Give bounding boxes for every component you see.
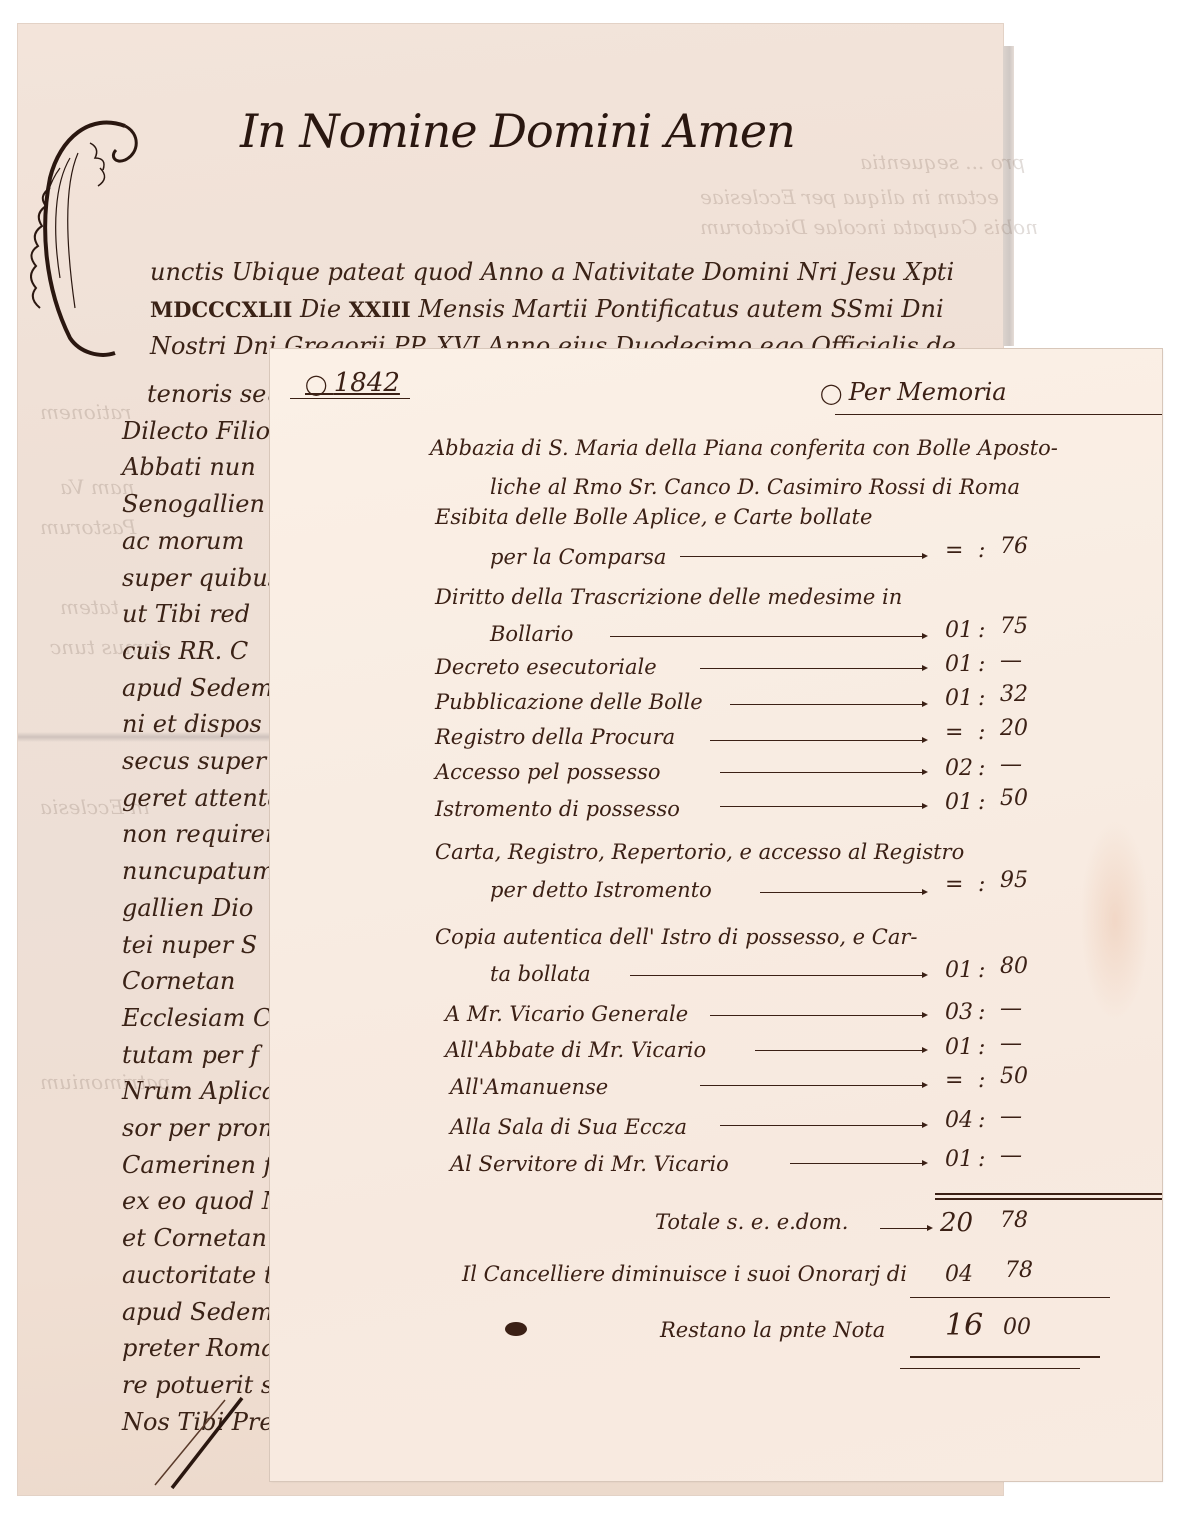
ink-blot <box>505 1322 527 1336</box>
amount-separator: : <box>978 1108 985 1133</box>
amount-scudi: 01 <box>945 686 973 711</box>
amount-scudi: = <box>945 720 963 745</box>
latin-text-line: tutam per f <box>122 1041 259 1069</box>
paper-stain <box>1080 820 1150 1020</box>
latin-text-line: sor per prom <box>122 1114 281 1142</box>
heading-underline <box>835 414 1162 415</box>
amount-baiocchi: 76 <box>1000 534 1028 559</box>
amount-scudi: 03 <box>945 1000 973 1025</box>
latin-text-line: non requiren <box>122 820 280 848</box>
sheet-folded-edge <box>1003 46 1014 346</box>
amount-separator: : <box>978 1147 985 1172</box>
amount-scudi: = <box>945 872 963 897</box>
memo-item-description: Pubblicazione delle Bolle <box>435 690 703 714</box>
latin-text-line: ac morum <box>122 527 244 555</box>
amount-separator: : <box>978 538 985 563</box>
bleed-through-text: pro ... sequentia <box>860 150 1025 174</box>
amount-separator: : <box>978 756 985 781</box>
invocation-heading: In Nomine Domini Amen <box>240 104 795 158</box>
balance-scudi: 16 <box>945 1308 983 1343</box>
memo-item-description: Alla Sala di Sua Eccza <box>450 1115 687 1139</box>
amount-separator: : <box>978 790 985 815</box>
leader-line <box>755 1050 925 1051</box>
amount-scudi: 04 <box>945 1108 973 1133</box>
memo-item-description: Diritto della Trascrizione delle medesim… <box>435 585 902 609</box>
amount-scudi: 01 <box>945 958 973 983</box>
latin-text-line: Senogallien <box>122 490 265 518</box>
amount-scudi: 01 <box>945 652 973 677</box>
latin-text-line: preter Roma <box>122 1334 276 1362</box>
leader-line <box>700 1085 925 1086</box>
memo-title-line: liche al Rmo Sr. Canco D. Casimiro Rossi… <box>490 475 1020 499</box>
amount-scudi: 01 <box>945 618 973 643</box>
total-double-rule <box>935 1198 1162 1200</box>
memo-item-description-continued: ta bollata <box>490 962 591 986</box>
latin-text-line: apud Sedem <box>122 1298 273 1326</box>
amount-baiocchi: 50 <box>1000 1064 1028 1089</box>
amount-baiocchi: — <box>1000 752 1022 777</box>
leader-line <box>720 806 925 807</box>
leader-line <box>710 740 925 741</box>
amount-scudi: 01 <box>945 1147 973 1172</box>
amount-baiocchi: — <box>1000 1143 1022 1168</box>
latin-text-line: geret attenta <box>122 784 282 812</box>
amount-separator: : <box>978 1035 985 1060</box>
amount-separator: : <box>978 958 985 983</box>
balance-double-rule <box>900 1368 1080 1369</box>
latin-text-line: Cornetan <box>122 967 235 995</box>
memo-heading: ◯ Per Memoria <box>820 378 1007 406</box>
bleed-through-text: rationem <box>40 400 132 424</box>
amount-separator: : <box>978 1068 985 1093</box>
leader-line <box>700 668 925 669</box>
leader-line <box>720 772 925 773</box>
leader-line <box>680 556 925 557</box>
memo-item-description-continued: per detto Istromento <box>490 878 712 902</box>
total-baiocchi: 78 <box>1000 1208 1028 1233</box>
latin-text-line: Camerinen fl <box>122 1151 280 1179</box>
leader-line <box>790 1163 925 1164</box>
amount-baiocchi: — <box>1000 1031 1022 1056</box>
amount-baiocchi: — <box>1000 996 1022 1021</box>
latin-text-line: super quibus <box>122 564 280 592</box>
total-scudi: 20 <box>940 1208 973 1238</box>
leader-line <box>710 1015 925 1016</box>
deduction-label: Il Cancelliere diminuisce i suoi Onorarj… <box>462 1262 907 1286</box>
total-double-rule <box>935 1193 1162 1195</box>
leader-line <box>630 975 925 976</box>
amount-separator: : <box>978 720 985 745</box>
memo-item-description: A Mr. Vicario Generale <box>445 1002 688 1026</box>
memo-item-description: Al Servitore di Mr. Vicario <box>450 1152 729 1176</box>
amount-separator: : <box>978 1000 985 1025</box>
amount-baiocchi: 50 <box>1000 786 1028 811</box>
memo-year: ◯ 1842 <box>305 368 400 398</box>
decorated-initial-c-icon <box>30 108 150 358</box>
latin-text-line: gallien Dio <box>122 894 253 922</box>
memo-item-description-continued: Bollario <box>490 622 573 646</box>
latin-text-line: Nrum Aplica <box>122 1077 276 1105</box>
year-roman-numeral: MDCCCXLII <box>150 297 292 322</box>
balance-label: Restano la pnte Nota <box>660 1318 885 1342</box>
latin-text-line: ut Tibi red <box>122 600 250 628</box>
year-underline <box>290 398 410 399</box>
balance-baiocchi: 00 <box>1003 1315 1031 1340</box>
memo-item-description: Istromento di possesso <box>435 797 680 821</box>
latin-text-line: secus super <box>122 747 266 775</box>
latin-text-line: et Cornetan <box>122 1224 267 1252</box>
latin-text-line: tei nuper S <box>122 931 257 959</box>
leader-line <box>730 704 925 705</box>
latin-text-line: Dilecto Filio <box>122 417 270 445</box>
deduction-baiocchi: 78 <box>1005 1258 1033 1283</box>
amount-baiocchi: — <box>1000 648 1022 673</box>
deduction-scudi: 04 <box>945 1262 973 1287</box>
memo-item-description-continued: per la Comparsa <box>490 545 666 569</box>
amount-scudi: = <box>945 538 963 563</box>
bleed-through-text: ectam in aliqua per Ecclesiae <box>700 185 999 209</box>
amount-scudi: = <box>945 1068 963 1093</box>
latin-text-line: ni et dispos <box>122 710 262 738</box>
latin-text-line: Ecclesiam C <box>122 1004 271 1032</box>
latin-text-line: tenoris seq <box>147 380 282 408</box>
memo-item-description: Registro della Procura <box>435 725 675 749</box>
amount-baiocchi: 32 <box>1000 682 1028 707</box>
amount-scudi: 01 <box>945 1035 973 1060</box>
memo-item-description: Esibita delle Bolle Aplice, e Carte boll… <box>435 505 872 529</box>
balance-double-rule <box>910 1356 1100 1358</box>
memo-item-description: Decreto esecutoriale <box>435 655 657 679</box>
latin-text-line: nuncupatum <box>122 857 275 885</box>
leader-line <box>610 636 925 637</box>
amount-baiocchi: — <box>1000 1104 1022 1129</box>
memo-item-description: All'Amanuense <box>450 1075 608 1099</box>
leader-line <box>760 892 925 893</box>
latin-text-line: MDCCCXLII Die XXIII Mensis Martii Pontif… <box>150 295 944 323</box>
memo-item-description: Carta, Registro, Repertorio, e accesso a… <box>435 840 964 864</box>
deduction-rule <box>910 1297 1110 1298</box>
closing-double-slash-mark <box>150 1390 250 1490</box>
amount-baiocchi: 95 <box>1000 868 1028 893</box>
total-label: Totale s. e. e.dom. <box>655 1210 848 1234</box>
amount-scudi: 01 <box>945 790 973 815</box>
latin-text-line: apud Sedem <box>122 674 273 702</box>
amount-separator: : <box>978 686 985 711</box>
latin-text-line: Abbati nun <box>122 453 256 481</box>
latin-text-line: unctis Ubique pateat quod Anno a Nativit… <box>150 258 954 286</box>
bleed-through-text: tatem <box>60 595 119 619</box>
latin-text-line: cuis RR. C <box>122 637 248 665</box>
leader-line <box>720 1125 925 1126</box>
amount-baiocchi: 80 <box>1000 954 1028 979</box>
amount-separator: : <box>978 872 985 897</box>
memo-item-description: All'Abbate di Mr. Vicario <box>445 1038 706 1062</box>
amount-separator: : <box>978 618 985 643</box>
memo-item-description: Accesso pel possesso <box>435 760 661 784</box>
amount-baiocchi: 75 <box>1000 614 1028 639</box>
memo-title-line: Abbazia di S. Maria della Piana conferit… <box>430 436 1058 460</box>
day-roman-numeral: XXIII <box>349 297 411 322</box>
amount-separator: : <box>978 652 985 677</box>
amount-scudi: 02 <box>945 756 973 781</box>
bleed-through-text: nobis Caupata incolae Dicatorum <box>700 215 1038 239</box>
amount-baiocchi: 20 <box>1000 716 1028 741</box>
memo-item-description: Copia autentica dell' Istro di possesso,… <box>435 925 918 949</box>
total-leader <box>880 1228 930 1229</box>
